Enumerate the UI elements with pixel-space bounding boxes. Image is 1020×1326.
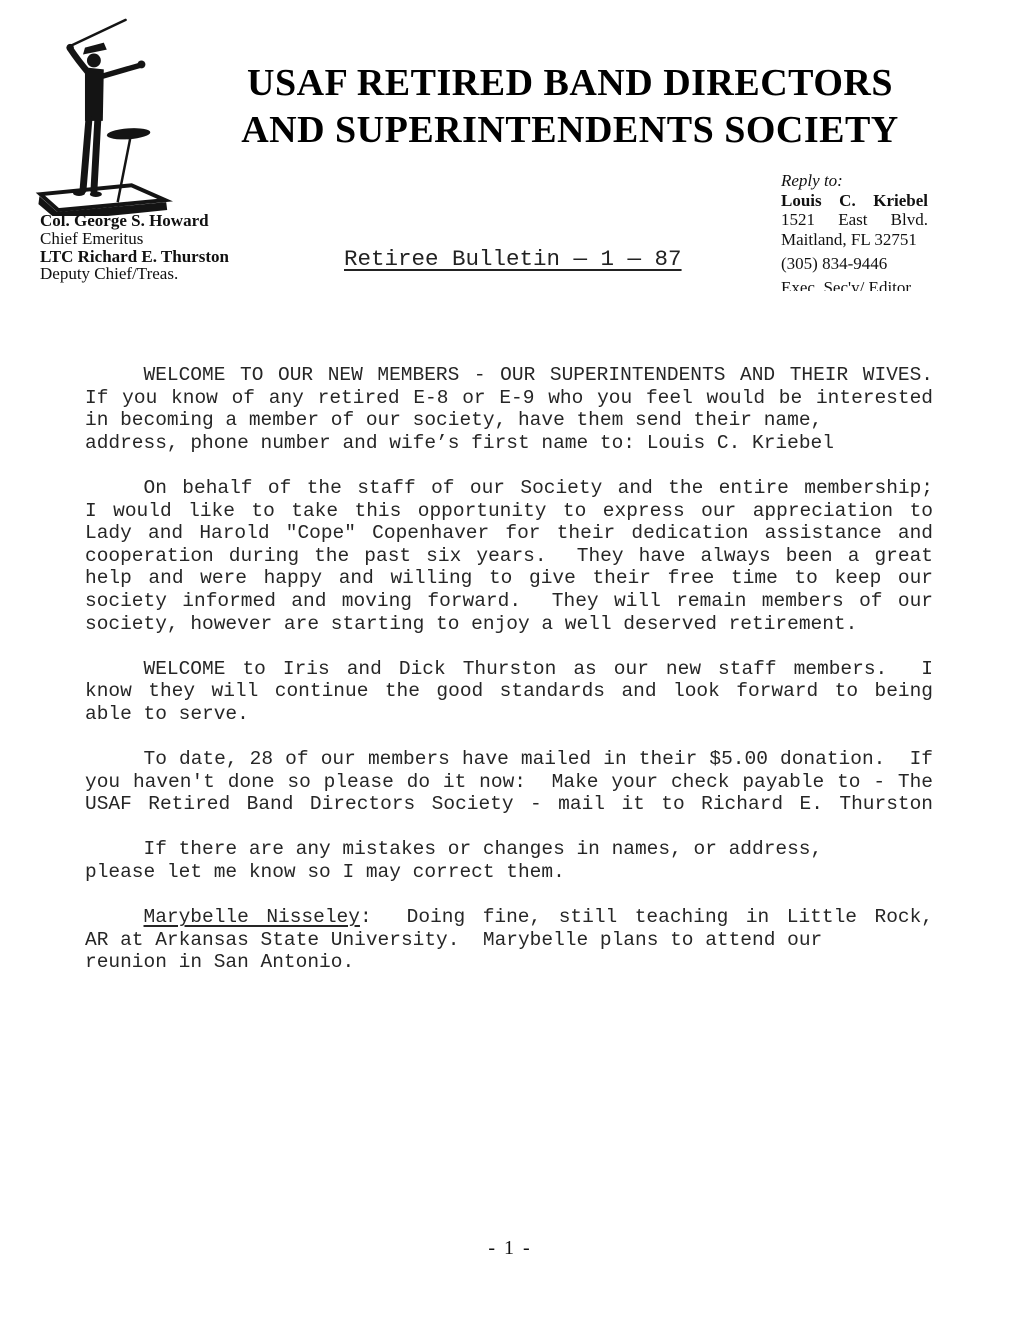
reply-to-address2: Maitland, FL 32751 <box>781 230 928 250</box>
reply-to-name: Louis C. Kriebel <box>781 191 928 211</box>
text-line: Marybelle Nisseley: Doing fine, still te… <box>85 906 933 929</box>
paragraph: Marybelle Nisseley: Doing fine, still te… <box>85 906 933 974</box>
text-line: I would like to take this opportunity to… <box>85 500 933 523</box>
paragraph: On behalf of the staff of our Society an… <box>85 477 933 635</box>
text-line: society, however are starting to enjoy a… <box>85 613 933 636</box>
text-line: USAF Retired Band Directors Society - ma… <box>85 793 933 816</box>
text-line: WELCOME to Iris and Dick Thurston as our… <box>85 658 933 681</box>
text-line: To date, 28 of our members have mailed i… <box>85 748 933 771</box>
reply-to-block: Reply to: Louis C. Kriebel 1521 East Blv… <box>781 171 928 291</box>
reply-to-label: Reply to: <box>781 171 928 191</box>
text-line: you haven't done so please do it now: Ma… <box>85 771 933 794</box>
reply-to-address1: 1521 East Blvd. <box>781 210 928 230</box>
text-line: On behalf of the staff of our Society an… <box>85 477 933 500</box>
title-line-2: AND SUPERINTENDENTS SOCIETY <box>135 107 1005 154</box>
text-line: please let me know so I may correct them… <box>85 861 933 884</box>
title-line-1: USAF RETIRED BAND DIRECTORS <box>135 60 1005 107</box>
text-line: in becoming a member of our society, hav… <box>85 409 933 432</box>
reply-to-phone: (305) 834-9446 <box>781 254 928 274</box>
text-line: reunion in San Antonio. <box>85 951 933 974</box>
society-title: USAF RETIRED BAND DIRECTORS AND SUPERINT… <box>135 60 1005 154</box>
officer-title: Deputy Chief/Treas. <box>40 265 229 283</box>
underlined-name: Marybelle Nisseley <box>144 906 360 928</box>
text-line: able to serve. <box>85 703 933 726</box>
paragraph: WELCOME TO OUR NEW MEMBERS - OUR SUPERIN… <box>85 364 933 454</box>
scanned-bulletin-page: USAF RETIRED BAND DIRECTORS AND SUPERINT… <box>0 0 1020 1326</box>
text-line: cooperation during the past six years. T… <box>85 545 933 568</box>
text-line: AR at Arkansas State University. Marybel… <box>85 929 933 952</box>
paragraph: To date, 28 of our members have mailed i… <box>85 748 933 816</box>
text-line: If there are any mistakes or changes in … <box>85 838 933 861</box>
paragraph: If there are any mistakes or changes in … <box>85 838 933 883</box>
text-line: know they will continue the good standar… <box>85 680 933 703</box>
text-line: address, phone number and wife’s first n… <box>85 432 933 455</box>
page-number: - 1 - <box>0 1237 1020 1260</box>
text-line: Lady and Harold "Cope" Copenhaver for th… <box>85 522 933 545</box>
text-line: society informed and moving forward. The… <box>85 590 933 613</box>
reply-to-role: Exec. Sec'y/ Editor <box>781 278 928 292</box>
bulletin-body: WELCOME TO OUR NEW MEMBERS - OUR SUPERIN… <box>85 364 933 997</box>
officer-name: Col. George S. Howard <box>40 212 229 230</box>
text-line: help and were happy and willing to give … <box>85 567 933 590</box>
text-line: WELCOME TO OUR NEW MEMBERS - OUR SUPERIN… <box>85 364 933 387</box>
officer-title: Chief Emeritus <box>40 230 229 248</box>
officers-block: Col. George S. HowardChief EmeritusLTC R… <box>40 212 229 283</box>
bulletin-title: Retiree Bulletin — 1 — 87 <box>344 246 682 272</box>
text-line: If you know of any retired E-8 or E-9 wh… <box>85 387 933 410</box>
officer-name: LTC Richard E. Thurston <box>40 248 229 266</box>
paragraph: WELCOME to Iris and Dick Thurston as our… <box>85 658 933 726</box>
